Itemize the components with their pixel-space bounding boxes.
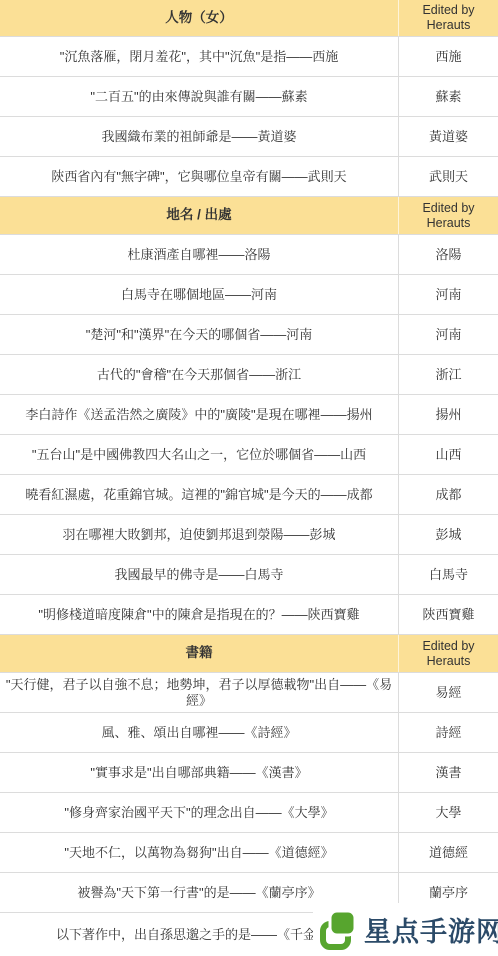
qa-row: "天行健，君子以自強不息；地勢坤，君子以厚德載物"出自——《易經》易經 — [0, 673, 498, 713]
question-cell: 古代的"會稽"在今天那個省——浙江 — [0, 355, 399, 394]
site-name: 星点手游网 — [364, 910, 498, 949]
qa-row: "楚河"和"漢界"在今天的哪個省——河南河南 — [0, 315, 498, 355]
qa-row: "五台山"是中國佛教四大名山之一，它位於哪個省——山西山西 — [0, 435, 498, 475]
qa-row: 李白詩作《送孟浩然之廣陵》中的"廣陵"是現在哪裡——揚州揚州 — [0, 395, 498, 435]
qa-row: "明修棧道暗度陳倉"中的陳倉是指現在的？——陝西寶雞陝西寶雞 — [0, 595, 498, 635]
answer-cell: 洛陽 — [399, 235, 498, 274]
qa-row: 我國最早的佛寺是——白馬寺白馬寺 — [0, 555, 498, 595]
question-cell: 杜康酒產自哪裡——洛陽 — [0, 235, 399, 274]
qa-table: 人物（女）Edited by Herauts"沉魚落雁，閉月羞花"，其中"沉魚"… — [0, 0, 498, 956]
qa-row: 白馬寺在哪個地區——河南河南 — [0, 275, 498, 315]
answer-cell: 漢書 — [399, 753, 498, 792]
question-cell: 李白詩作《送孟浩然之廣陵》中的"廣陵"是現在哪裡——揚州 — [0, 395, 399, 434]
question-cell: "天行健，君子以自強不息；地勢坤，君子以厚德載物"出自——《易經》 — [0, 673, 399, 712]
qa-row: 羽在哪裡大敗劉邦，迫使劉邦退到滎陽——彭城彭城 — [0, 515, 498, 555]
answer-cell: 詩經 — [399, 713, 498, 752]
answer-cell: 大學 — [399, 793, 498, 832]
question-cell: 風、雅、頌出自哪裡——《詩經》 — [0, 713, 399, 752]
question-cell: "沉魚落雁，閉月羞花"，其中"沉魚"是指——西施 — [0, 37, 399, 76]
question-cell: 羽在哪裡大敗劉邦，迫使劉邦退到滎陽——彭城 — [0, 515, 399, 554]
answer-cell: 易經 — [399, 673, 498, 712]
qa-row: "實事求是"出自哪部典籍——《漢書》漢書 — [0, 753, 498, 793]
question-cell: "修身齊家治國平天下"的理念出自——《大學》 — [0, 793, 399, 832]
question-cell: 我國最早的佛寺是——白馬寺 — [0, 555, 399, 594]
answer-cell: 武則天 — [399, 157, 498, 196]
question-cell: 白馬寺在哪個地區——河南 — [0, 275, 399, 314]
edited-by-cell: Edited by Herauts — [399, 635, 498, 672]
question-cell: "楚河"和"漢界"在今天的哪個省——河南 — [0, 315, 399, 354]
qa-row: 杜康酒產自哪裡——洛陽洛陽 — [0, 235, 498, 275]
section-title-cell: 書籍 — [0, 635, 399, 672]
answer-cell: 西施 — [399, 37, 498, 76]
site-logo-icon — [318, 908, 358, 952]
answer-cell: 河南 — [399, 315, 498, 354]
qa-row: "二百五"的由來傳說與誰有關——蘇素蘇素 — [0, 77, 498, 117]
answer-cell: 揚州 — [399, 395, 498, 434]
section-title-cell: 人物（女） — [0, 0, 399, 36]
answer-cell: 黃道婆 — [399, 117, 498, 156]
section-header-row: 人物（女）Edited by Herauts — [0, 0, 498, 37]
answer-cell: 蘇素 — [399, 77, 498, 116]
question-cell: "五台山"是中國佛教四大名山之一，它位於哪個省——山西 — [0, 435, 399, 474]
qa-row: 曉看紅濕處，花重錦官城。這裡的"錦官城"是今天的——成都成都 — [0, 475, 498, 515]
question-cell: "二百五"的由來傳說與誰有關——蘇素 — [0, 77, 399, 116]
answer-cell: 山西 — [399, 435, 498, 474]
question-cell: "明修棧道暗度陳倉"中的陳倉是指現在的？——陝西寶雞 — [0, 595, 399, 634]
answer-cell: 白馬寺 — [399, 555, 498, 594]
qa-row: "沉魚落雁，閉月羞花"，其中"沉魚"是指——西施西施 — [0, 37, 498, 77]
question-cell: 曉看紅濕處，花重錦官城。這裡的"錦官城"是今天的——成都 — [0, 475, 399, 514]
qa-row: "天地不仁，以萬物為芻狗"出自——《道德經》道德經 — [0, 833, 498, 873]
question-cell: 我國織布業的祖師爺是——黃道婆 — [0, 117, 399, 156]
answer-cell: 道德經 — [399, 833, 498, 872]
question-cell: "天地不仁，以萬物為芻狗"出自——《道德經》 — [0, 833, 399, 872]
answer-cell: 成都 — [399, 475, 498, 514]
site-watermark: 星点手游网 — [313, 903, 498, 956]
answer-cell: 彭城 — [399, 515, 498, 554]
answer-cell: 浙江 — [399, 355, 498, 394]
question-cell: "實事求是"出自哪部典籍——《漢書》 — [0, 753, 399, 792]
qa-row: 陝西省內有"無字碑"，它與哪位皇帝有關——武則天武則天 — [0, 157, 498, 197]
qa-row: 風、雅、頌出自哪裡——《詩經》詩經 — [0, 713, 498, 753]
qa-row: 我國織布業的祖師爺是——黃道婆黃道婆 — [0, 117, 498, 157]
section-title-cell: 地名 / 出處 — [0, 197, 399, 234]
edited-by-cell: Edited by Herauts — [399, 0, 498, 36]
edited-by-cell: Edited by Herauts — [399, 197, 498, 234]
qa-row: "修身齊家治國平天下"的理念出自——《大學》大學 — [0, 793, 498, 833]
answer-cell: 陝西寶雞 — [399, 595, 498, 634]
answer-cell: 河南 — [399, 275, 498, 314]
qa-row: 古代的"會稽"在今天那個省——浙江浙江 — [0, 355, 498, 395]
section-header-row: 地名 / 出處Edited by Herauts — [0, 197, 498, 235]
section-header-row: 書籍Edited by Herauts — [0, 635, 498, 673]
question-cell: 陝西省內有"無字碑"，它與哪位皇帝有關——武則天 — [0, 157, 399, 196]
